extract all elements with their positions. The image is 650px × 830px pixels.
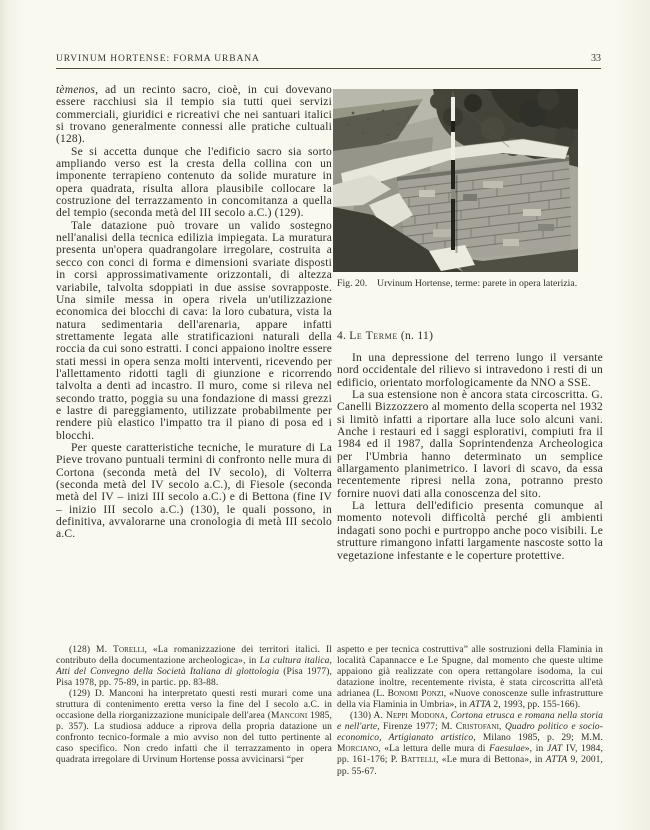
text-run: Neppi Modona [386,711,445,721]
text-run: , ad un recinto sacro, cioè, in cui dove… [56,84,332,145]
text-run: (130) A. [350,711,386,721]
figure-caption-text: Urvinum Hortense, terme: parete in opera… [377,278,577,289]
text-run: Torelli [113,645,144,655]
text-run: Manconi [271,711,307,721]
figure [333,89,578,272]
page-header: URVINUM HORTENSE: FORMA URBANA 33 [56,53,601,64]
text-run: , Milano 1985, p. 29; M.M. [473,733,603,743]
paragraph: (128) M. Torelli, «La romanizzazione dei… [56,645,332,689]
section-number: 4. [337,330,346,342]
text-run: La sua estensione non è ancora stata cir… [337,389,603,500]
paragraph: (129) D. Manconi ha interpretato questi … [56,689,332,766]
paragraph: aspetto e per tecnica costruttiva” alle … [337,645,603,711]
text-run: , [330,656,332,666]
excavation-photo [333,89,578,272]
section-suffix: (n. 11) [401,330,433,342]
paragraph: (130) A. Neppi Modona, Cortona etrusca e… [337,711,603,777]
paragraph: Per queste caratteristiche tecniche, le … [56,442,332,541]
footnotes-left: (128) M. Torelli, «La romanizzazione dei… [56,645,332,767]
text-run: », in [525,744,547,754]
text-run: Morciano [337,744,378,754]
text-run: 2, 1993, pp. 155-166). [491,700,580,710]
text-run: Battelli [401,755,436,765]
text-run: , Firenze 1977; M. [377,722,456,732]
running-title: URVINUM HORTENSE: FORMA URBANA [56,54,260,64]
text-run: Bonomi Ponzi [388,689,444,699]
paragraph: Se si accetta dunque che l'edificio sacr… [56,146,332,220]
paragraph: Tale datazione può trovare un valido sos… [56,220,332,442]
page-number: 33 [591,53,601,64]
figure-caption: Fig. 20.Urvinum Hortense, terme: parete … [337,277,631,290]
section-heading: 4.Le Terme(n. 11) [337,330,433,342]
paragraph: La lettura dell'edificio presenta comunq… [337,500,603,562]
paragraph: In una depressione del terreno lungo il … [337,352,603,389]
text-run: , «Le mura di Bettona», in [436,755,546,765]
right-column: In una depressione del terreno lungo il … [337,352,603,562]
text-run: JAT [547,744,562,754]
text-run: Per queste caratteristiche tecniche, le … [56,442,332,540]
left-column: tèmenos, ad un recinto sacro, cioè, in c… [56,84,332,541]
text-run: In una depressione del terreno lungo il … [337,352,603,389]
footnotes-right: aspetto e per tecnica costruttiva” alle … [337,645,603,778]
text-run: , «La lettura delle mura di [378,744,489,754]
paragraph: La sua estensione non è ancora stata cir… [337,389,603,500]
page: URVINUM HORTENSE: FORMA URBANA 33 tèmeno… [0,0,650,830]
text-run: ATTA [469,700,491,710]
text-run: , [379,733,389,743]
text-run: Atti del Convegno della Società Italiana… [56,667,279,677]
text-run: tèmenos [56,84,95,96]
text-run: Cristofani [456,722,499,732]
header-rule [56,68,601,69]
text-run: ATTA [546,755,568,765]
paragraph: tèmenos, ad un recinto sacro, cioè, in c… [56,84,332,146]
section-title: Le Terme [349,330,398,342]
text-run: Faesulae [489,744,525,754]
text-run: Artigianato artistico [389,733,474,743]
text-run: Tale datazione può trovare un valido sos… [56,220,332,442]
figure-caption-label: Fig. 20. [337,277,377,290]
text-run: La cultura italica [260,656,330,666]
text-run: Se si accetta dunque che l'edificio sacr… [56,146,332,220]
text-run: (128) M. [69,645,113,655]
text-run: La lettura dell'edificio presenta comunq… [337,500,603,561]
